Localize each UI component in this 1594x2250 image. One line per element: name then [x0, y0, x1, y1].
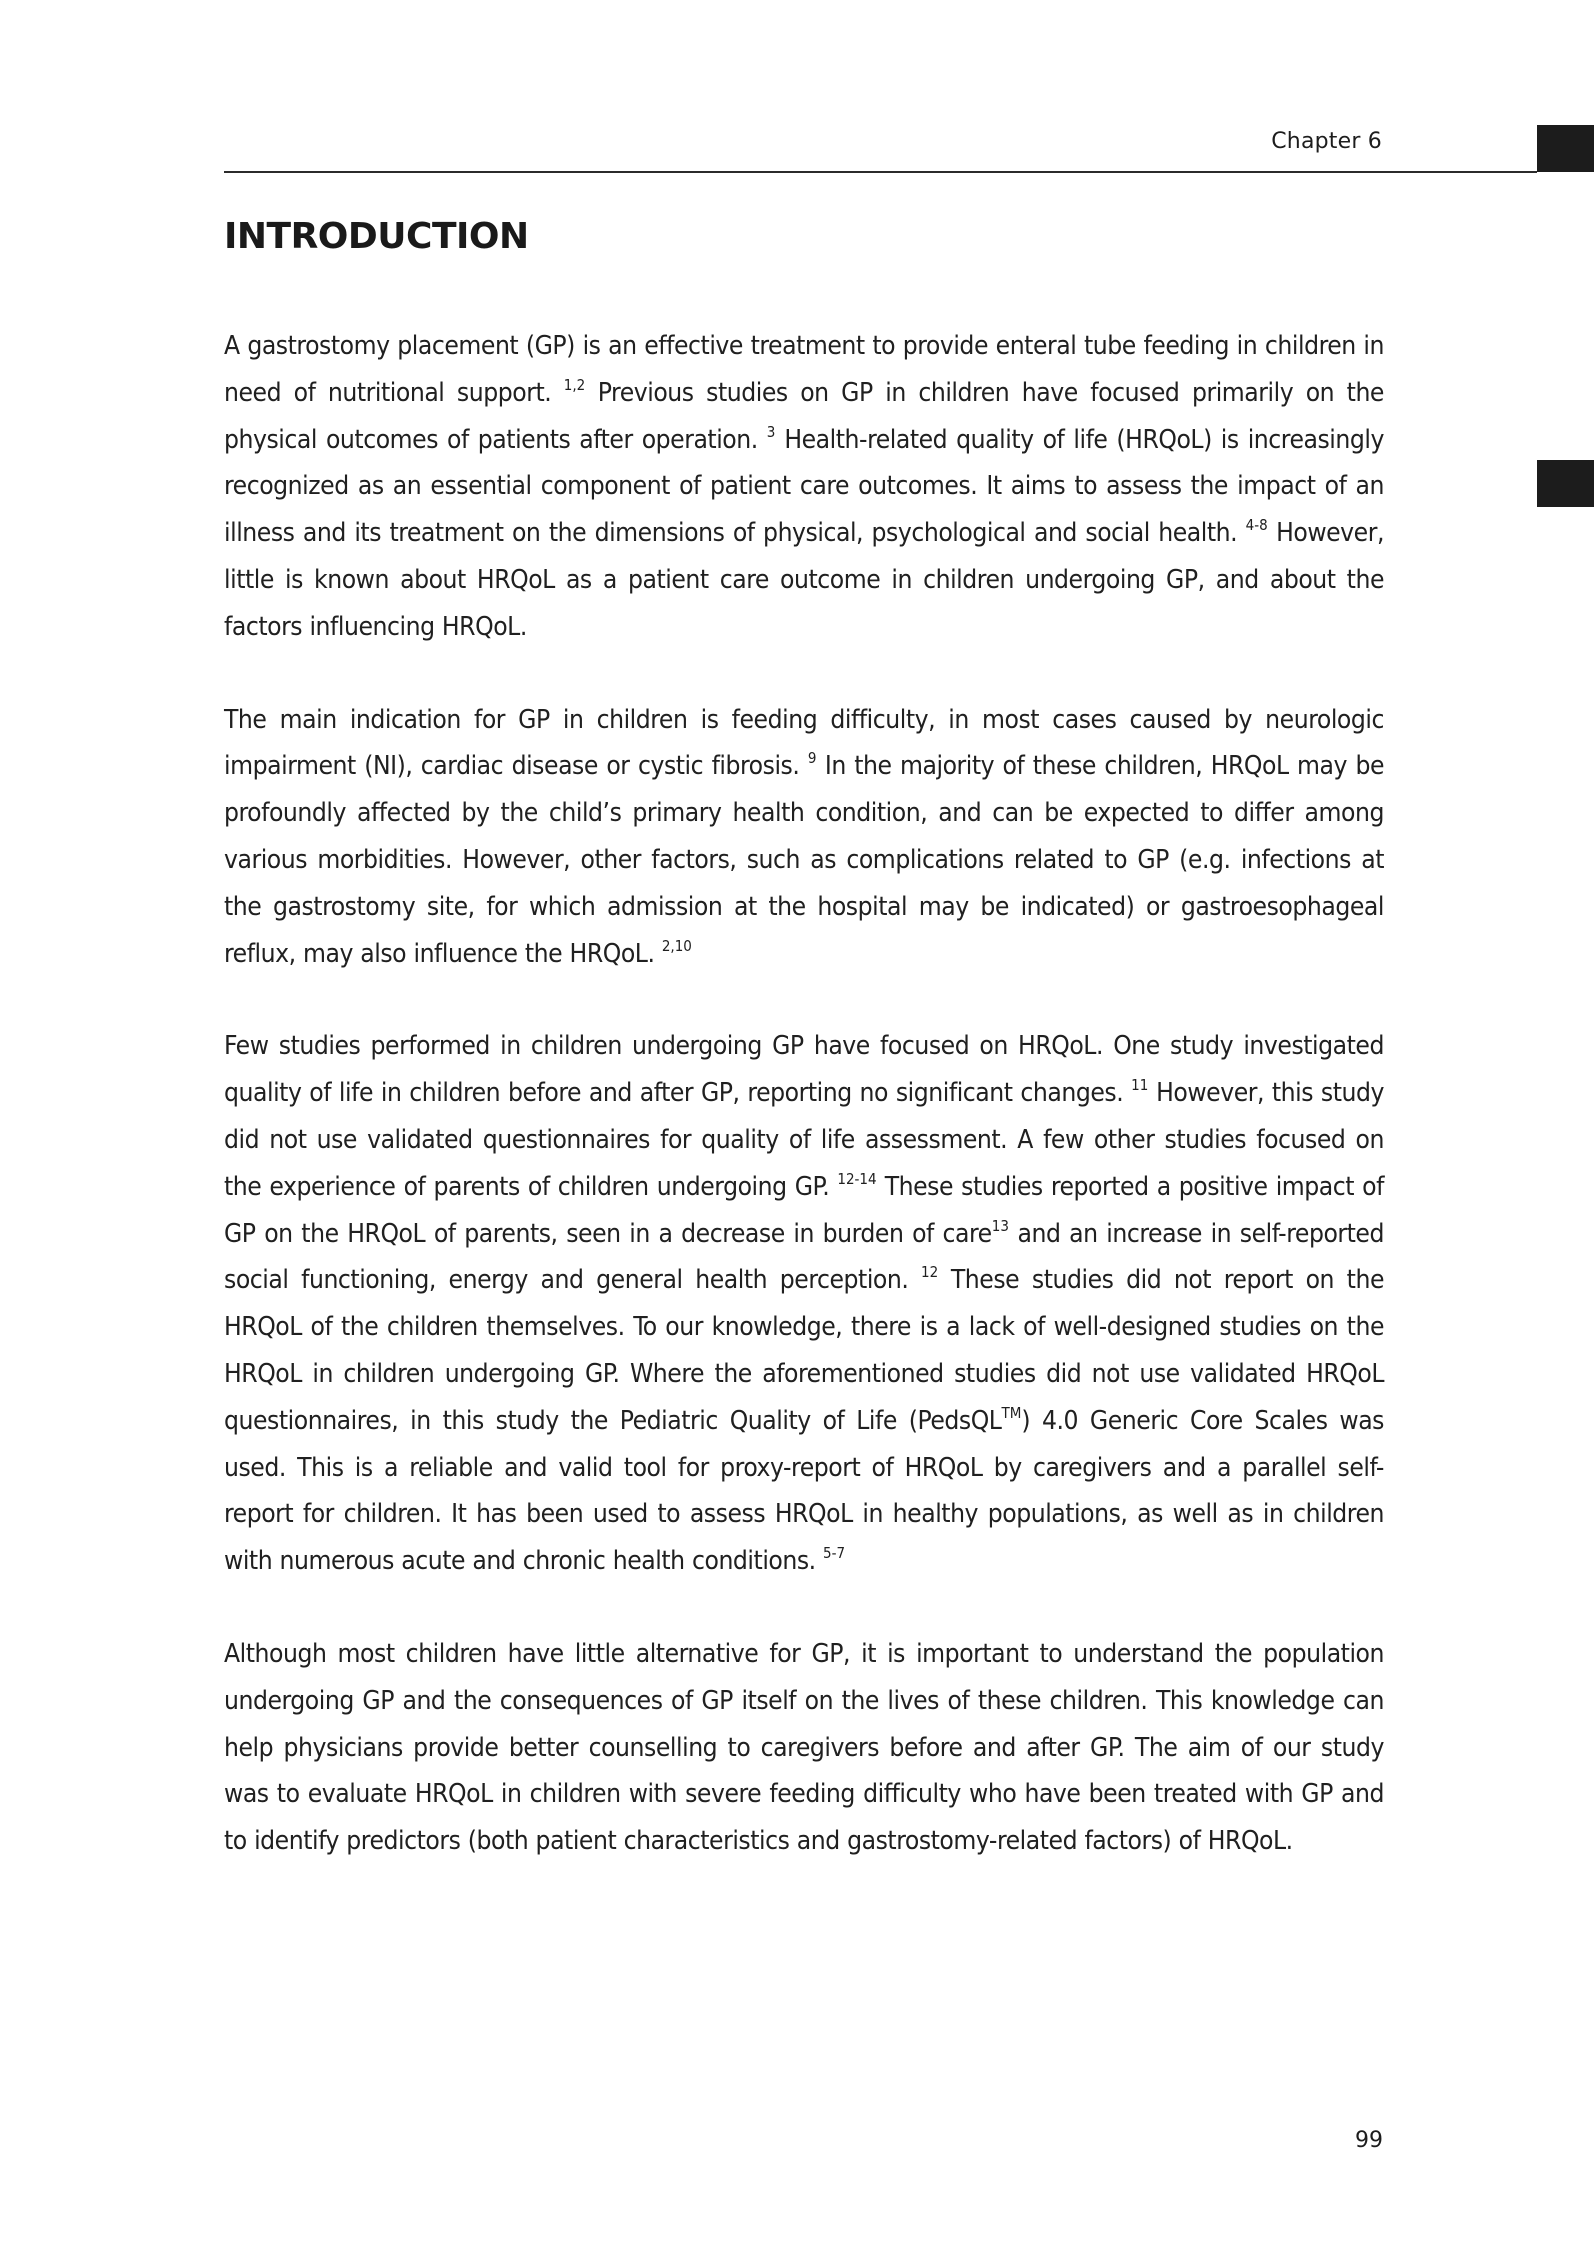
citation-superscript: 5-7	[823, 1544, 845, 1562]
citation-superscript: 1,2	[564, 376, 585, 394]
running-header: Chapter 6	[224, 124, 1537, 173]
section-title: INTRODUCTION	[224, 216, 529, 257]
citation-superscript: 4-8	[1246, 516, 1268, 534]
citation-superscript: 11	[1131, 1076, 1148, 1094]
citation-superscript: 3	[767, 423, 776, 441]
paragraph-text: Although most children have little alter…	[224, 1639, 1384, 1856]
paragraph: Although most children have little alter…	[224, 1631, 1384, 1865]
citation-superscript: 12	[921, 1263, 938, 1281]
paragraph: A gastrostomy placement (GP) is an effec…	[224, 323, 1384, 651]
chapter-thumb-tab	[1537, 125, 1594, 172]
section-thumb-tab	[1537, 460, 1594, 507]
chapter-label: Chapter 6	[1271, 129, 1382, 154]
paragraph: The main indication for GP in children i…	[224, 697, 1384, 978]
paragraph: Few studies performed in children underg…	[224, 1023, 1384, 1585]
citation-superscript: 12-14	[837, 1170, 876, 1188]
citation-superscript: 2,10	[662, 937, 692, 955]
citation-superscript: 13	[992, 1217, 1009, 1235]
page-number: 99	[1355, 2128, 1383, 2153]
citation-superscript: TM	[1001, 1404, 1021, 1422]
body-text: A gastrostomy placement (GP) is an effec…	[224, 323, 1384, 1911]
paragraph-text: In the majority of these children, HRQoL…	[224, 751, 1384, 968]
citation-superscript: 9	[808, 749, 817, 767]
